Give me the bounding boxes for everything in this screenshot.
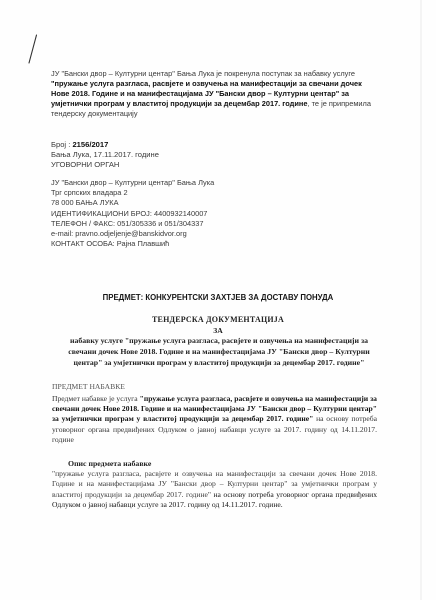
description-paragraph: "пружање услуга разгласа, расвјете и озв… (52, 469, 377, 511)
place-date: Бања Лука, 17.11.2017. године (51, 150, 251, 160)
authority-street: Трг српских владара 2 (51, 188, 271, 198)
description-heading: Опис предмета набавке (68, 459, 151, 468)
tender-body: набавку услуге "пружање услуга разгласа,… (63, 335, 375, 368)
authority-city: 78 000 БАЊА ЛУКА (51, 198, 271, 208)
intro-paragraph: ЈУ "Бански двор – Културни центар" Бања … (51, 69, 381, 119)
reference-number: Број : 2156/2017 (51, 140, 251, 150)
subject-line: ПРЕДМЕТ: КОНКУРЕНТСКИ ЗАХТЈЕВ ЗА ДОСТАВУ… (0, 293, 436, 302)
handwritten-slash-mark-icon (27, 34, 39, 64)
reference-block: Број : 2156/2017 Бања Лука, 17.11.2017. … (51, 140, 251, 171)
procurement-subject-heading: ПРЕДМЕТ НАБАВКЕ (52, 382, 125, 391)
tender-za: ЗА (0, 326, 436, 335)
authority-id-number: ИДЕНТИФИКАЦИОНИ БРОЈ: 4400932140007 (51, 209, 271, 219)
authority-name: ЈУ "Бански двор – Културни центар" Бања … (51, 178, 271, 188)
reference-number-label: Број : (51, 140, 72, 149)
procurement-subject-lead: Предмет набавке је услуга (52, 394, 140, 403)
authority-label: УГОВОРНИ ОРГАН (51, 160, 251, 170)
contracting-authority-block: ЈУ "Бански двор – Културни центар" Бања … (51, 178, 271, 249)
reference-number-value: 2156/2017 (72, 140, 108, 149)
procurement-subject-paragraph: Предмет набавке је услуга "пружање услуг… (52, 394, 377, 445)
document-page: ЈУ "Бански двор – Културни центар" Бања … (0, 0, 436, 600)
intro-text: ЈУ "Бански двор – Културни центар" Бања … (51, 69, 355, 78)
authority-email: e-mail: pravno.odjeljenje@banskidvor.org (51, 229, 271, 239)
tender-title: ТЕНДЕРСКА ДОКУМЕНТАЦИЈА (0, 315, 436, 324)
authority-phone-fax: ТЕЛЕФОН / ФАКС: 051/305336 и 051/304337 (51, 219, 271, 229)
authority-contact: КОНТАКТ ОСОБА: Рајна Плавшић (51, 239, 271, 249)
